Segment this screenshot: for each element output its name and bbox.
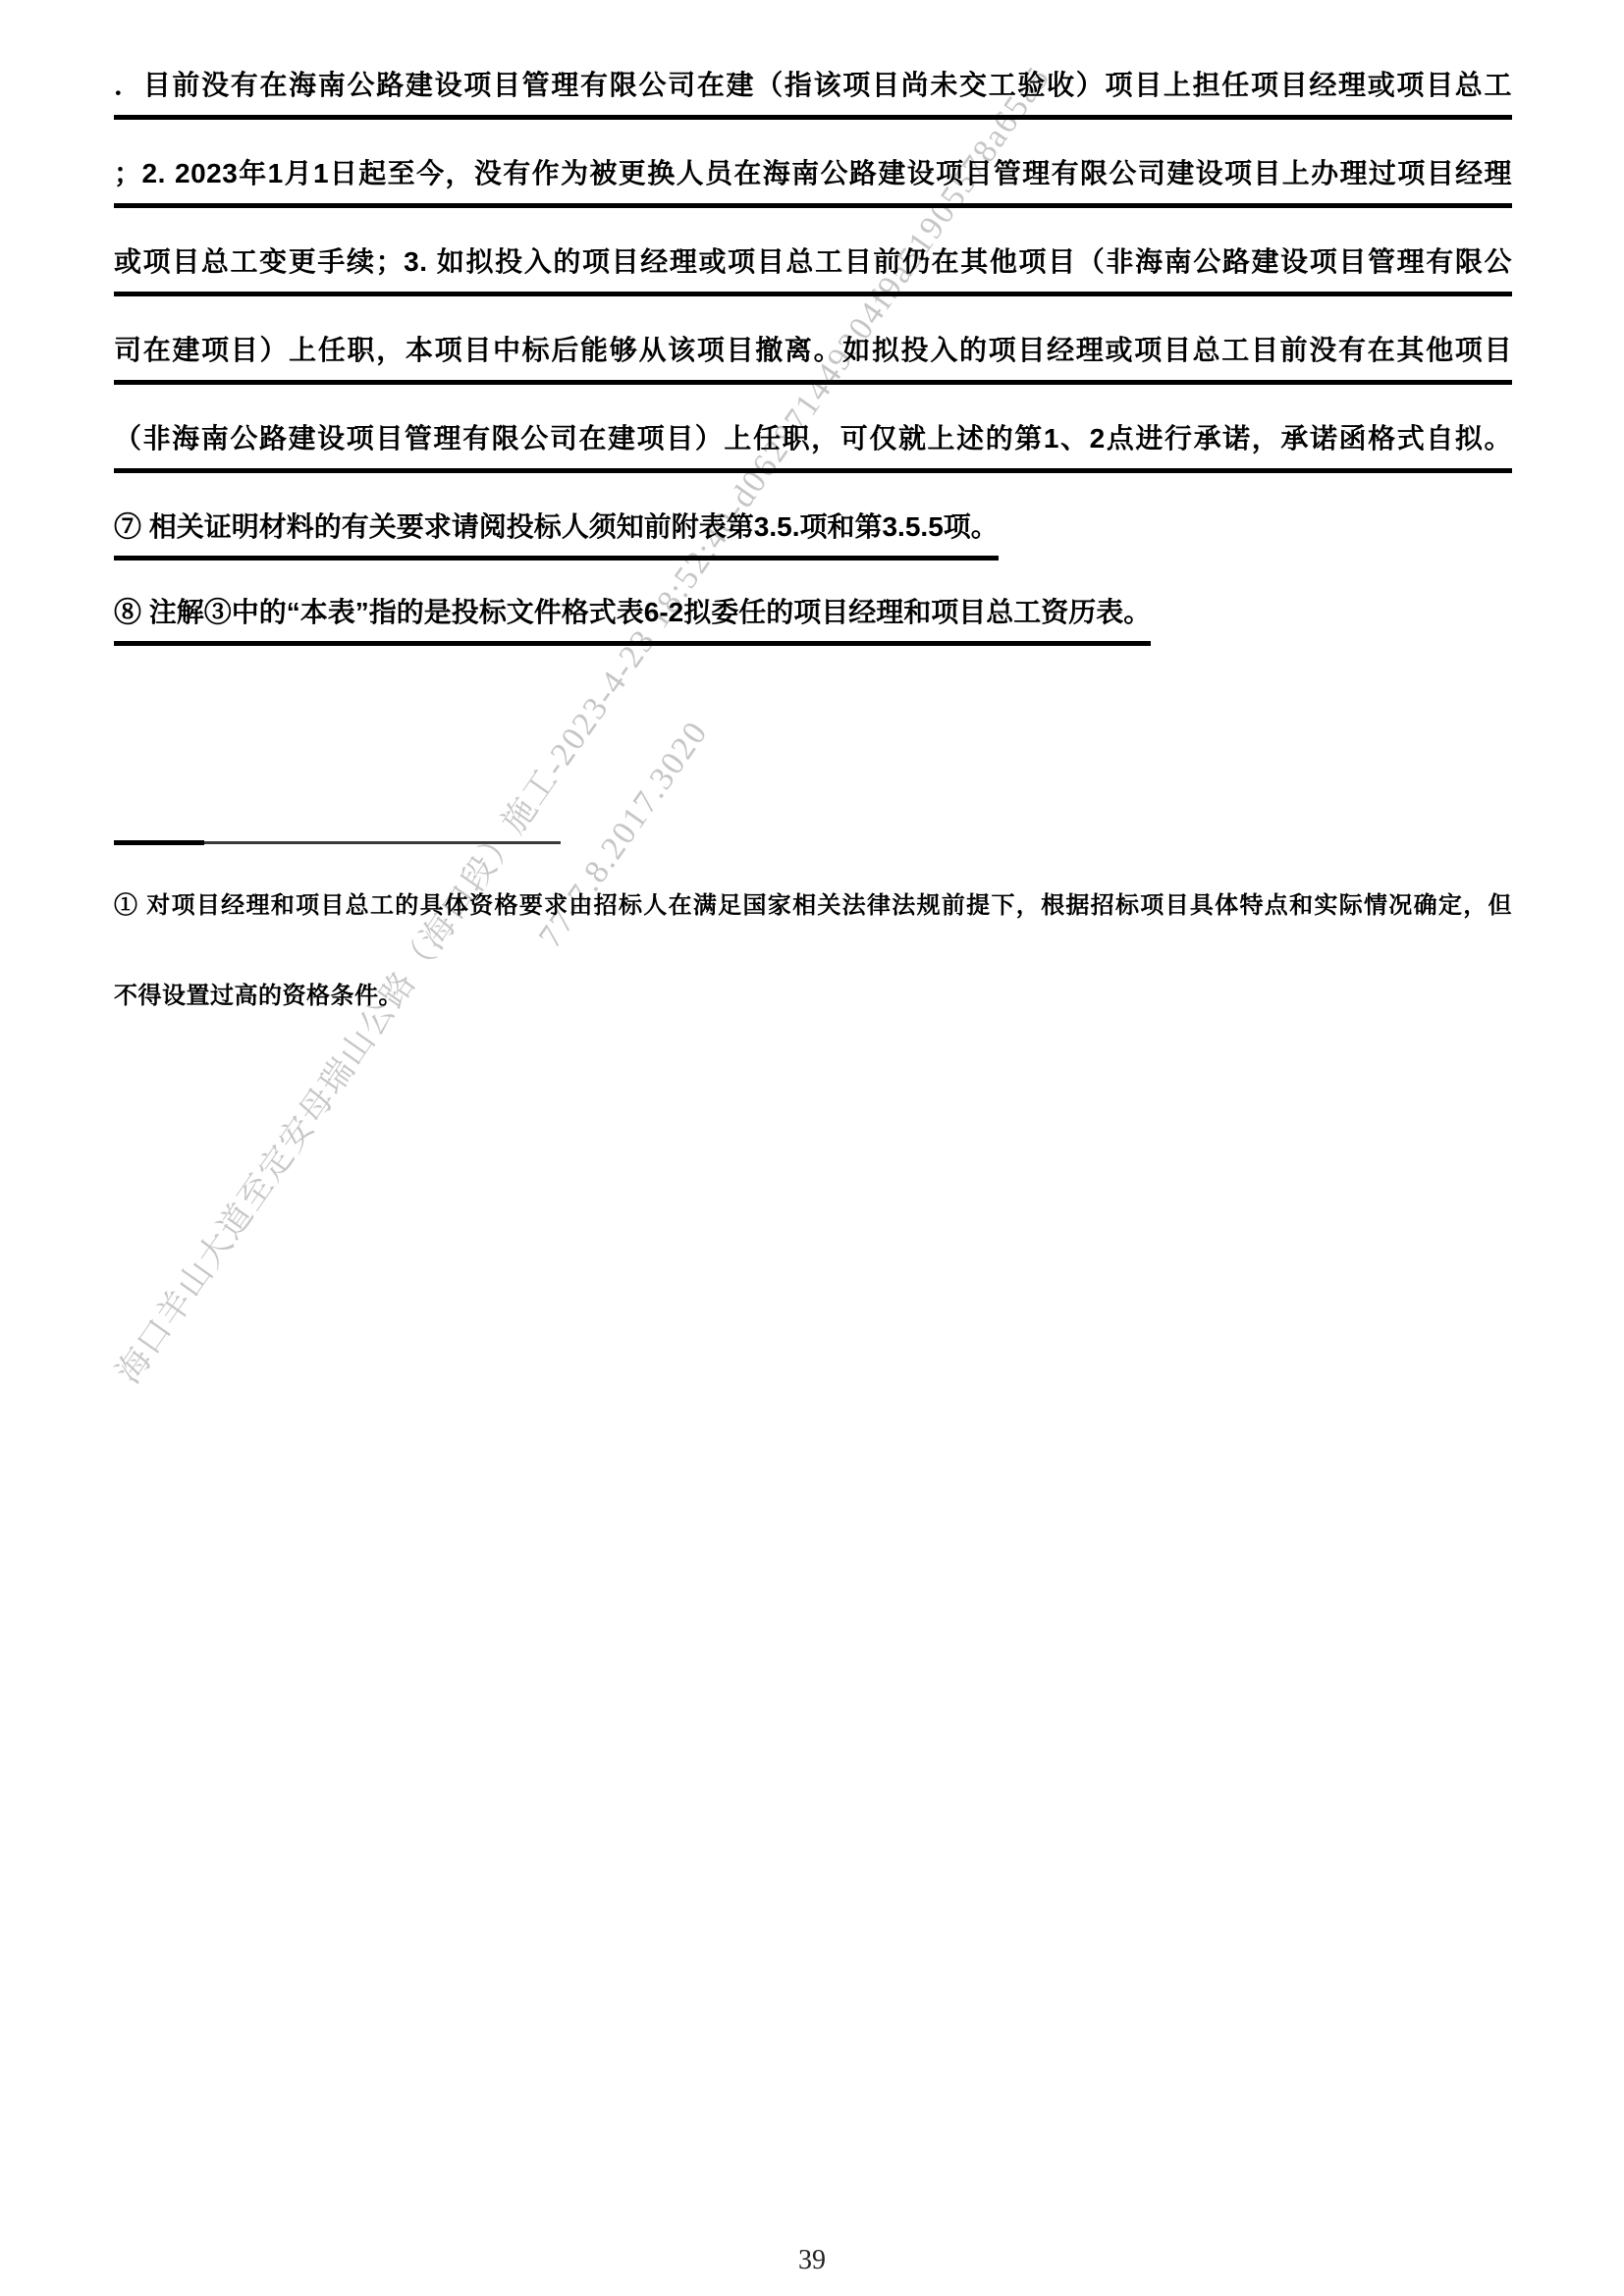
paragraph-line-5: （非海南公路建设项目管理有限公司在建项目）上任职，可仅就上述的第1、2点进行承诺…	[114, 422, 1512, 473]
note-item-8: ⑧ 注解③中的“本表”指的是投标文件格式表6-2拟委任的项目经理和项目总工资历表…	[114, 596, 1512, 646]
paragraph-line-2: ；2. 2023年1月1日起至今，没有作为被更换人员在海南公路建设项目管理有限公…	[114, 157, 1512, 208]
note-item-7: ⑦ 相关证明材料的有关要求请阅投标人须知前附表第3.5.项和第3.5.5项。	[114, 510, 1512, 561]
footnote-separator-thick-segment	[114, 840, 204, 845]
footnote-line-2: 不得设置过高的资格条件。	[114, 982, 1512, 1011]
paragraph-line-3: 或项目总工变更手续；3. 如拟投入的项目经理或项目总工目前仍在其他项目（非海南公…	[114, 245, 1512, 296]
document-page: 海口羊山大道至定安母瑞山公路（海口段）施工-2023-4-23 18:52:40…	[0, 0, 1624, 2296]
note-item-8-text: ⑧ 注解③中的“本表”指的是投标文件格式表6-2拟委任的项目经理和项目总工资历表…	[114, 596, 1151, 646]
paragraph-line-1: ．目前没有在海南公路建设项目管理有限公司在建（指该项目尚未交工验收）项目上担任项…	[114, 69, 1512, 120]
note-item-7-text: ⑦ 相关证明材料的有关要求请阅投标人须知前附表第3.5.项和第3.5.5项。	[114, 510, 999, 561]
page-content: ．目前没有在海南公路建设项目管理有限公司在建（指该项目尚未交工验收）项目上担任项…	[114, 69, 1512, 1011]
paragraph-line-4: 司在建项目）上任职，本项目中标后能够从该项目撤离。如拟投入的项目经理或项目总工目…	[114, 334, 1512, 385]
footnote-line-1: ① 对项目经理和项目总工的具体资格要求由招标人在满足国家相关法律法规前提下，根据…	[114, 891, 1512, 921]
page-number: 39	[0, 2245, 1624, 2276]
footnote-separator	[114, 841, 561, 844]
